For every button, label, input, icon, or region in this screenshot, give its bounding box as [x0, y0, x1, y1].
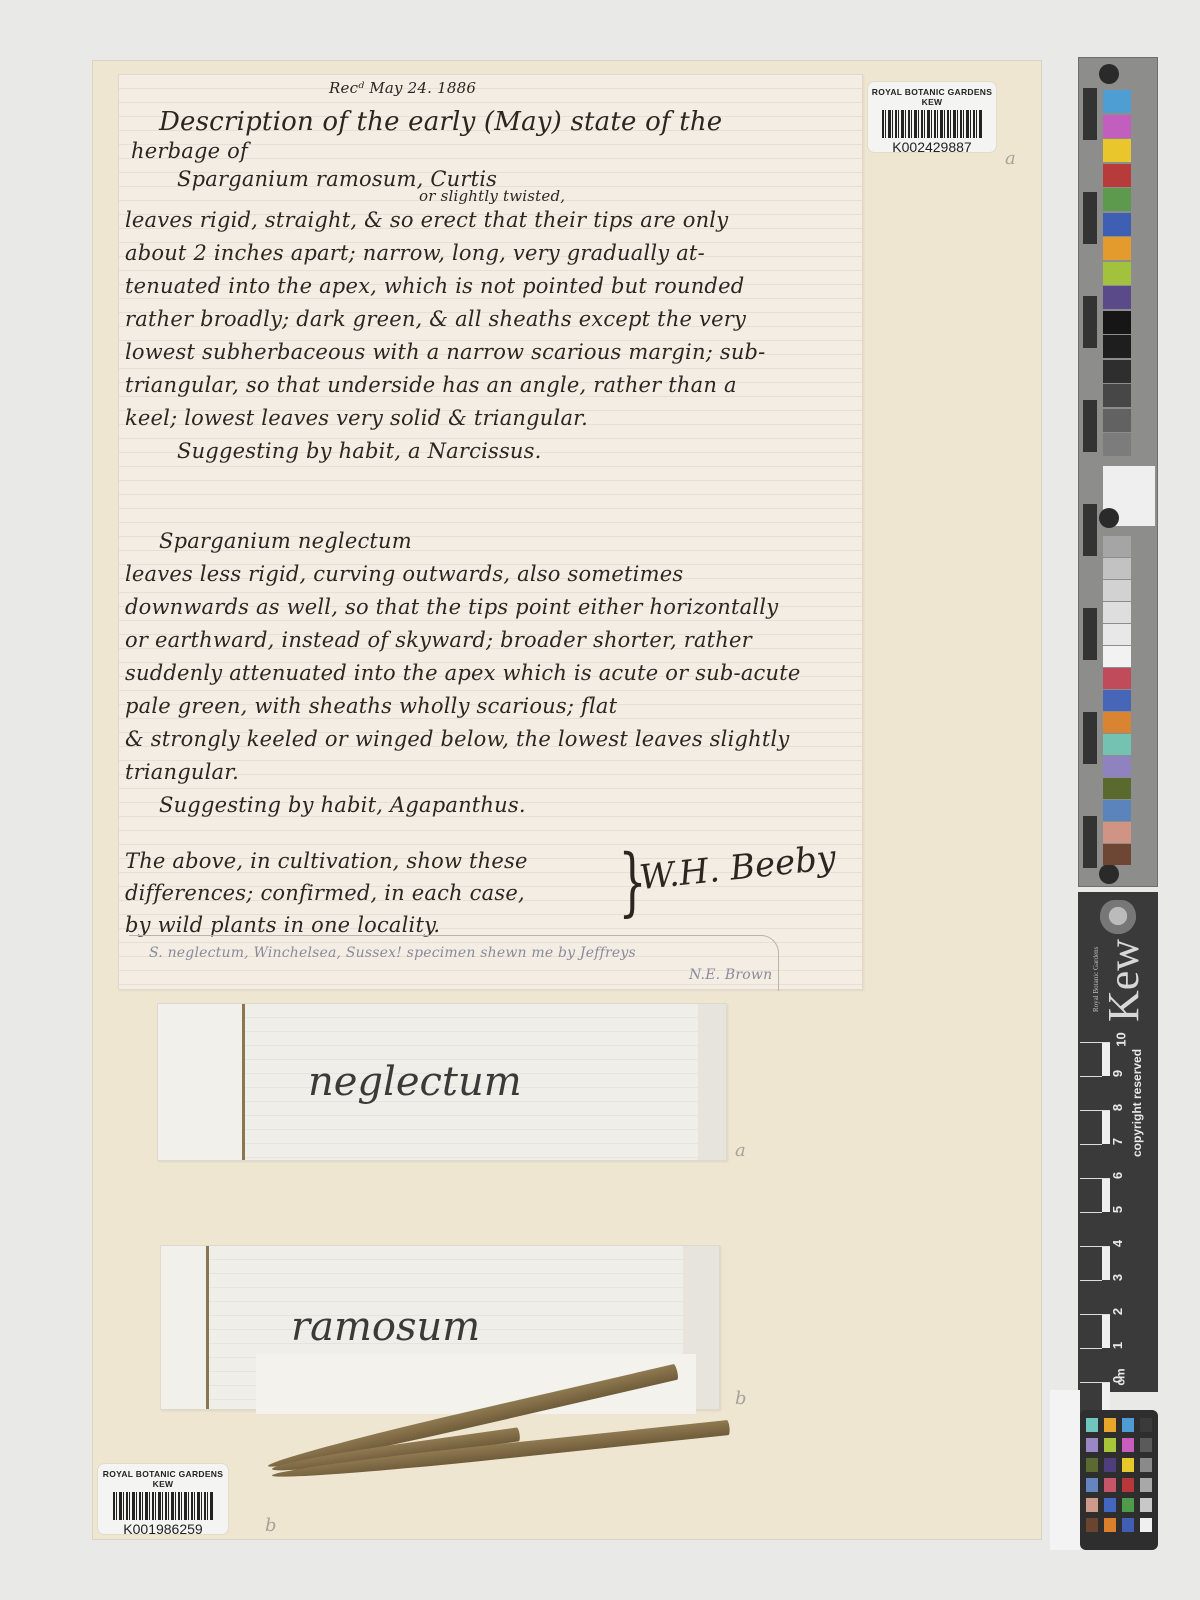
checker-patch — [1086, 1518, 1098, 1532]
ruler-cell — [1080, 1042, 1102, 1076]
checker-patch — [1104, 1478, 1116, 1492]
ruler-number: 2 — [1110, 1308, 1125, 1315]
checker-patch — [1122, 1498, 1134, 1512]
color-swatch — [1103, 756, 1131, 777]
color-swatch — [1103, 602, 1131, 623]
closing-line: differences; confirmed, in each case, — [125, 881, 525, 905]
kew-crest-icon — [1100, 900, 1136, 940]
closing-line: by wild plants in one locality. — [125, 913, 440, 937]
color-swatch — [1103, 360, 1131, 383]
institution-name: ROYAL BOTANIC GARDENS KEW — [98, 1469, 228, 1489]
color-swatch — [1103, 335, 1131, 358]
species1-line: leaves rigid, straight, & so erect that … — [125, 208, 728, 232]
ruler-number: 9 — [1110, 1070, 1125, 1077]
ruler-cell — [1102, 1246, 1110, 1280]
punch-hole — [1099, 64, 1119, 84]
description-title-cont: herbage of — [131, 139, 248, 163]
species2-line: suddenly attenuated into the apex which … — [125, 661, 801, 685]
checker-patch — [1122, 1418, 1134, 1432]
barcode-label-bottom: ROYAL BOTANIC GARDENS KEW K001986259 — [98, 1464, 228, 1534]
color-swatch — [1103, 115, 1131, 138]
copyright-label: copyright reserved — [1130, 1049, 1144, 1157]
checker-patch — [1086, 1478, 1098, 1492]
color-swatch — [1103, 668, 1131, 689]
checker-patch — [1122, 1478, 1134, 1492]
ruler-cell — [1102, 1042, 1110, 1076]
species1-suggestion: Suggesting by habit, a Narcissus. — [177, 439, 542, 463]
color-calibration-strip — [1078, 57, 1158, 887]
species2-line: & strongly keeled or winged below, the l… — [125, 727, 789, 751]
barcode-label-top: ROYAL BOTANIC GARDENS KEW K002429887 — [868, 82, 996, 152]
color-swatch — [1103, 624, 1131, 645]
color-swatch — [1103, 286, 1131, 309]
packet-label: neglectum — [308, 1059, 522, 1105]
received-date-note: Recᵈ May 24. 1886 — [329, 79, 476, 97]
checker-patch — [1086, 1458, 1098, 1472]
species2-line: or earthward, instead of skyward; broade… — [125, 628, 752, 652]
color-swatch — [1103, 311, 1131, 334]
color-swatch — [1103, 262, 1131, 285]
color-swatch — [1103, 800, 1131, 821]
checker-patch — [1140, 1498, 1152, 1512]
ruler-cell — [1102, 1178, 1110, 1212]
kew-scale-bar: Royal Botanic Gardens Kew copyright rese… — [1078, 892, 1158, 1392]
ruler-number: 4 — [1110, 1240, 1125, 1247]
manuscript-letter: Recᵈ May 24. 1886 Description of the ear… — [118, 74, 863, 990]
color-swatch — [1103, 690, 1131, 711]
species2-line: pale green, with sheaths wholly scarious… — [125, 694, 617, 718]
ruler-cell — [1080, 1246, 1102, 1280]
color-checker-card — [1080, 1410, 1158, 1550]
ruler-cell — [1080, 1212, 1102, 1246]
color-swatch — [1103, 558, 1131, 579]
checker-patch — [1086, 1498, 1098, 1512]
ruler-cell — [1080, 1314, 1102, 1348]
color-swatch — [1103, 384, 1131, 407]
species2-line: triangular. — [125, 760, 239, 784]
barcode-number: K002429887 — [868, 139, 996, 155]
color-swatch — [1103, 734, 1131, 755]
description-title: Description of the early (May) state of … — [159, 107, 722, 137]
strip-border — [1050, 1390, 1080, 1550]
ruler-number: 5 — [1110, 1206, 1125, 1213]
ruler-cell — [1080, 1178, 1102, 1212]
kew-logo: Kew — [1098, 939, 1149, 1022]
ruler-number: 1 — [1110, 1342, 1125, 1349]
ruler-scale — [1083, 88, 1097, 868]
margin-mark-b: b — [265, 1515, 277, 1536]
color-swatch — [1103, 580, 1131, 601]
color-swatch — [1103, 822, 1131, 843]
ruler-number: 7 — [1110, 1138, 1125, 1145]
ruler-cell — [1080, 1348, 1102, 1382]
ruler-number: 0 — [1110, 1376, 1125, 1383]
checker-patch — [1104, 1438, 1116, 1452]
checker-patch — [1122, 1438, 1134, 1452]
species2-line: leaves less rigid, curving outwards, als… — [125, 562, 683, 586]
barcode-icon — [882, 110, 982, 138]
institution-name: ROYAL BOTANIC GARDENS KEW — [868, 87, 996, 107]
checker-patch — [1140, 1458, 1152, 1472]
color-swatch — [1103, 778, 1131, 799]
packet-flap — [698, 1004, 726, 1160]
specimen-packet-neglectum[interactable]: neglectum — [157, 1003, 727, 1161]
barcode-icon — [113, 1492, 213, 1520]
author-signature: W.H. Beeby — [637, 838, 837, 898]
color-swatch — [1103, 433, 1131, 456]
punch-hole — [1099, 508, 1119, 528]
color-swatch — [1103, 213, 1131, 236]
species2-suggestion: Suggesting by habit, Agapanthus. — [159, 793, 526, 817]
barcode-number: K001986259 — [98, 1521, 228, 1537]
margin-mark-b: b — [735, 1388, 747, 1409]
checker-patch — [1086, 1418, 1098, 1432]
checker-patch — [1086, 1438, 1098, 1452]
species2-heading: Sparganium neglectum — [159, 529, 412, 553]
closing-line: The above, in cultivation, show these — [125, 849, 528, 873]
ruler-number: 10 — [1114, 1032, 1129, 1046]
species1-line: lowest subherbaceous with a narrow scari… — [125, 340, 765, 364]
ruler-number: 6 — [1110, 1172, 1125, 1179]
species1-line: keel; lowest leaves very solid & triangu… — [125, 406, 588, 430]
packet-label: ramosum — [291, 1304, 480, 1350]
checker-patch — [1140, 1518, 1152, 1532]
checker-patch — [1122, 1458, 1134, 1472]
color-swatch — [1103, 712, 1131, 733]
species2-line: downwards as well, so that the tips poin… — [125, 595, 778, 619]
ruler-cell — [1080, 1110, 1102, 1144]
color-swatch — [1103, 646, 1131, 667]
color-swatch — [1103, 844, 1131, 865]
ruler-cell — [1102, 1314, 1110, 1348]
margin-mark-a: a — [735, 1140, 746, 1161]
checker-patch — [1140, 1438, 1152, 1452]
pencil-annotation-box — [129, 935, 779, 991]
packet-flap — [161, 1246, 209, 1409]
ruler-cell — [1102, 1110, 1110, 1144]
checker-patch — [1122, 1518, 1134, 1532]
ruler-cell — [1080, 1280, 1102, 1314]
species1-insert: or slightly twisted, — [419, 187, 565, 205]
ruler-cell — [1080, 1076, 1102, 1110]
pencil-note: S. neglectum, Winchelsea, Sussex! specim… — [149, 945, 636, 961]
color-swatch — [1103, 536, 1131, 557]
color-swatch — [1103, 90, 1131, 113]
checker-patch — [1104, 1418, 1116, 1432]
cm-ruler — [1080, 1042, 1110, 1382]
checker-patch — [1104, 1458, 1116, 1472]
species1-line: tenuated into the apex, which is not poi… — [125, 274, 744, 298]
color-swatch — [1103, 409, 1131, 432]
ruler-number: 8 — [1110, 1104, 1125, 1111]
ruler-cell — [1080, 1144, 1102, 1178]
color-swatch — [1103, 139, 1131, 162]
checker-patch — [1140, 1418, 1152, 1432]
color-swatch — [1103, 164, 1131, 187]
pencil-signature: N.E. Brown — [689, 967, 772, 983]
checker-patch — [1140, 1478, 1152, 1492]
checker-patch — [1104, 1498, 1116, 1512]
color-swatch — [1103, 188, 1131, 211]
species1-line: rather broadly; dark green, & all sheath… — [125, 307, 746, 331]
checker-patch — [1104, 1518, 1116, 1532]
margin-mark-a: a — [1005, 148, 1016, 169]
punch-hole — [1099, 864, 1119, 884]
species1-line: about 2 inches apart; narrow, long, very… — [125, 241, 705, 265]
ruler-number: 3 — [1110, 1274, 1125, 1281]
color-swatch — [1103, 237, 1131, 260]
species1-line: triangular, so that underside has an ang… — [125, 373, 737, 397]
packet-flap — [158, 1004, 245, 1160]
